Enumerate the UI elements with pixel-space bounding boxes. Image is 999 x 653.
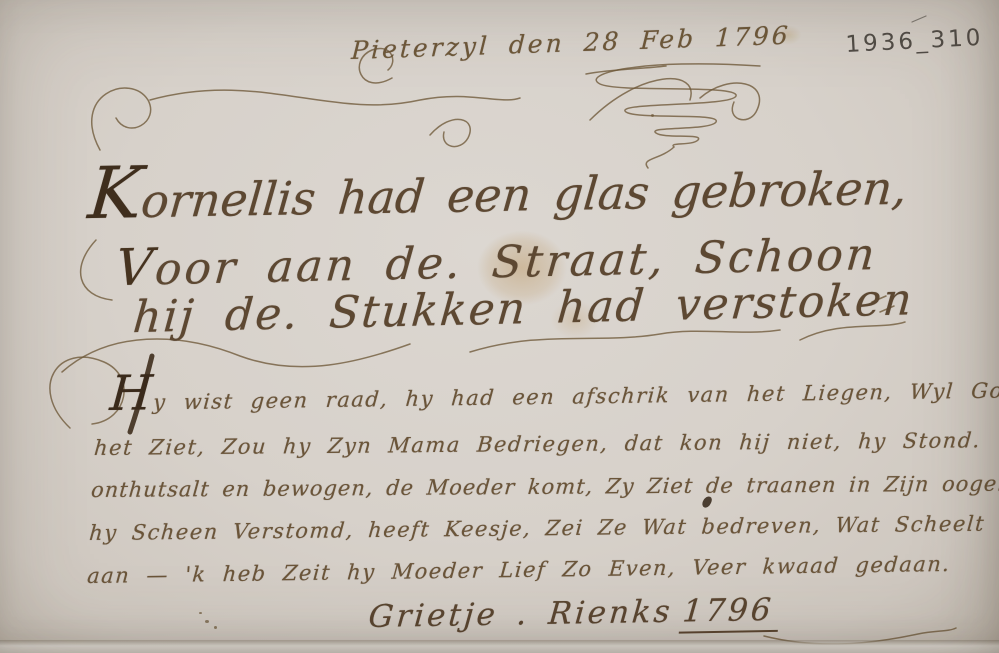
signature: Grietje . Rienks1796 xyxy=(367,595,781,633)
ink-speck xyxy=(214,626,217,629)
signature-name: Grietje . Rienks xyxy=(367,594,674,635)
header-curl-right xyxy=(590,79,691,120)
signature-year: 1796 xyxy=(679,592,781,634)
paper-bottom-edge xyxy=(0,640,999,653)
ink-speck xyxy=(199,612,202,614)
body-line-5: aan — 'k heb Zeit hy Moeder Lief Zo Even… xyxy=(86,554,951,587)
header-curl-far-right xyxy=(700,83,760,120)
dateline-dash xyxy=(586,66,666,74)
header-wave xyxy=(150,90,520,105)
body-line-3: onthutsalt en bewogen, de Moeder komt, Z… xyxy=(90,474,999,501)
ink-speck xyxy=(205,620,209,623)
body-line-4: hy Scheen Verstomd, heeft Keesje, Zei Ze… xyxy=(88,513,999,544)
pencil-tick xyxy=(912,16,926,22)
catalog-number: 1936_310 xyxy=(845,27,984,57)
dateline: Pieterzyl den 28 Feb 1796 xyxy=(351,23,792,63)
body-line-1: Hy wist geen raad, hy had een afschrik v… xyxy=(108,357,999,418)
header-curl-center xyxy=(430,119,470,146)
body-line-2: het Ziet, Zou hy Zyn Mama Bedriegen, dat… xyxy=(93,430,981,459)
ink-speck xyxy=(651,114,654,117)
manuscript-page: 1936_310 Pieterzyl den 28 Feb 1796 Korne… xyxy=(0,0,999,653)
header-curl-left xyxy=(92,88,151,150)
verse-line-1: Kornellis had een glas gebroken, xyxy=(86,144,911,230)
verse-initial-tail xyxy=(81,240,112,300)
